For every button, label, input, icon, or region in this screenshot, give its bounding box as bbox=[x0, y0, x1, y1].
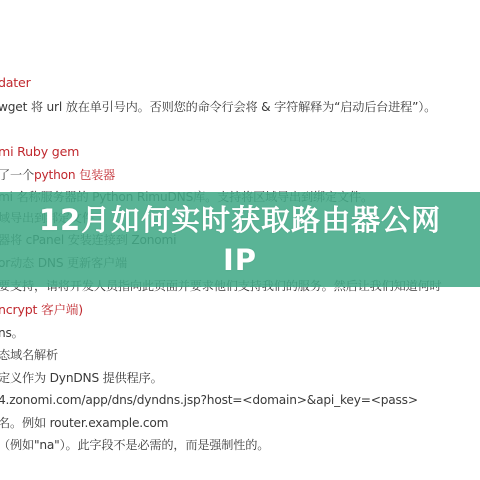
python-wrapper-link[interactable]: python 包装器 bbox=[34, 168, 115, 182]
text-line: wget 将 url 放在单引号内。否则您的命令行会将 & 字符解释为“启动后台… bbox=[0, 99, 436, 115]
text-line: （例如"na"）。此字段不是必需的，而是强制性的。 bbox=[0, 437, 269, 453]
heading-ruby-gem[interactable]: mi Ruby gem bbox=[0, 144, 79, 160]
text-line-python: 了一个python 包装器 bbox=[0, 167, 115, 183]
banner-title-line2: IP bbox=[223, 240, 257, 280]
title-banner: 12月如何实时获取路由器公网 IP bbox=[0, 192, 480, 287]
text-prefix: 了一个 bbox=[0, 168, 34, 182]
text-line-url: 4.zonomi.com/app/dns/dyndns.jsp?host=<do… bbox=[0, 392, 418, 408]
text-line: 定义作为 DynDNS 提供程序。 bbox=[0, 370, 163, 386]
heading-encrypt-client[interactable]: ncrypt 客户端) bbox=[0, 302, 83, 318]
text-line: 态域名解析 bbox=[0, 347, 58, 363]
heading-updater[interactable]: dater bbox=[0, 75, 31, 91]
banner-title-line1: 12月如何实时获取路由器公网 bbox=[39, 200, 441, 240]
text-line: ns。 bbox=[0, 325, 24, 341]
text-line: 名。例如 router.example.com bbox=[0, 415, 168, 431]
